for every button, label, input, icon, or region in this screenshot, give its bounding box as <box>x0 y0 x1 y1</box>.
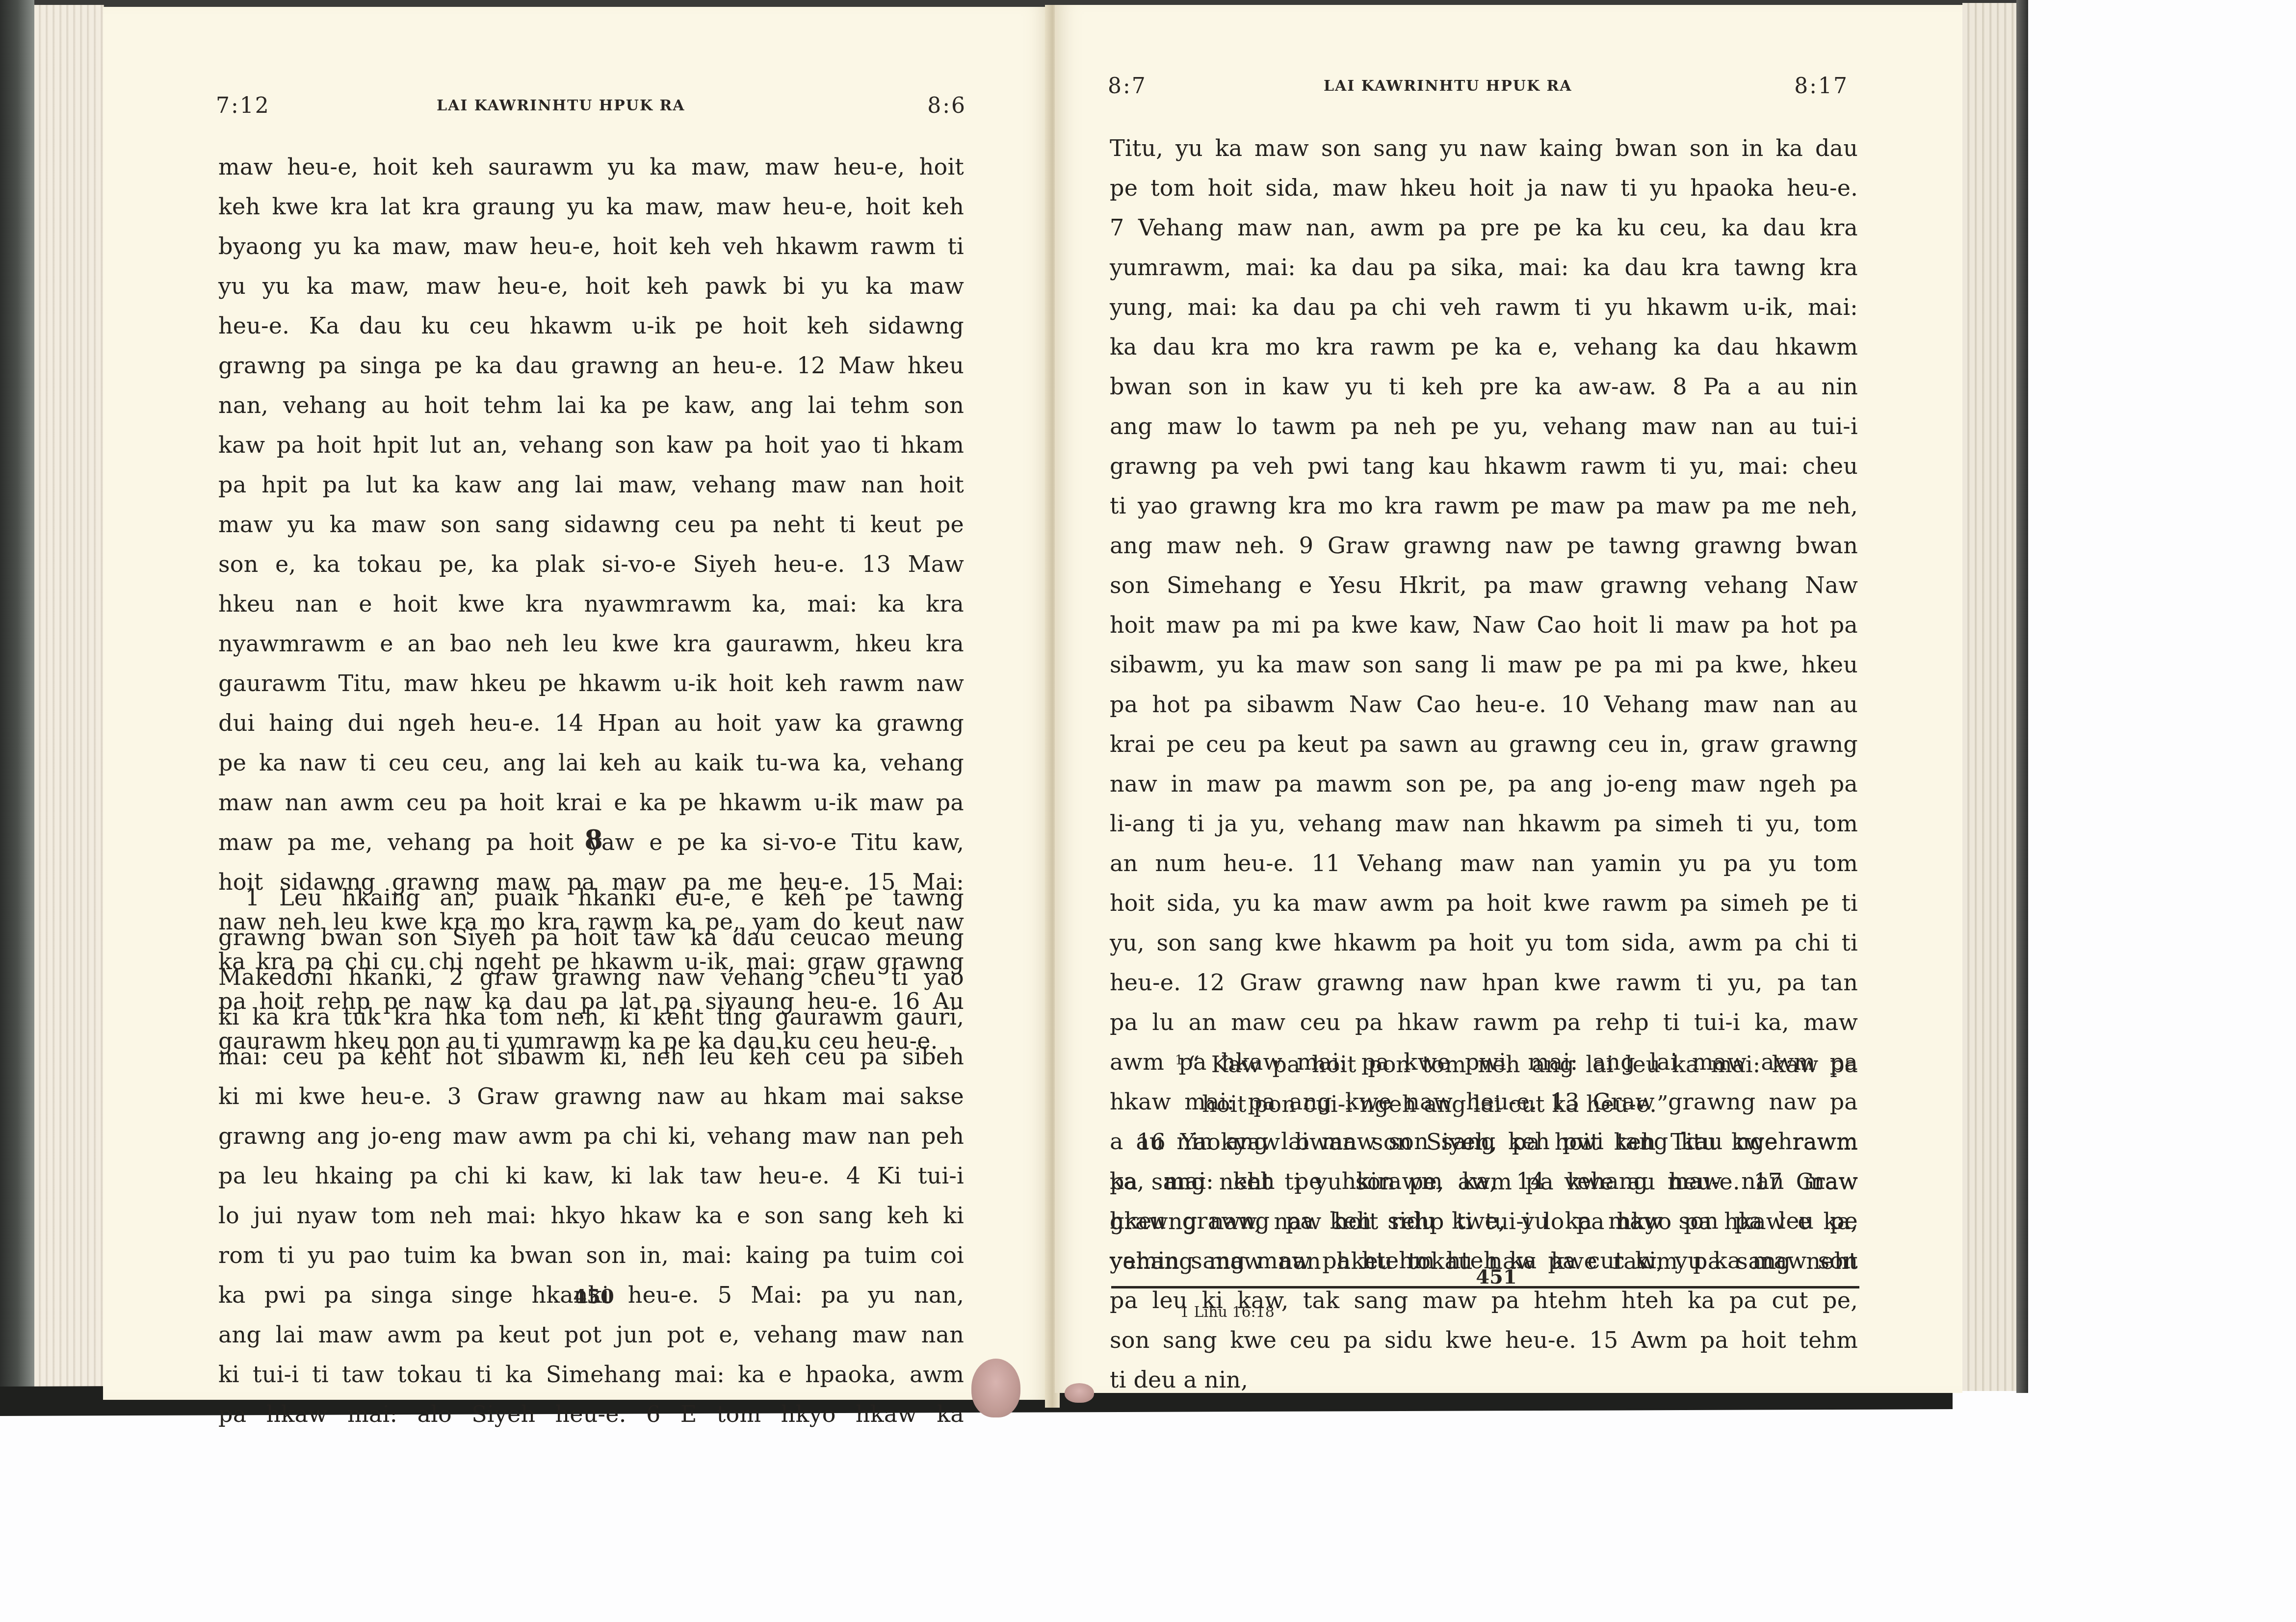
text-line: hoit maw pa mi pa kwe kaw, Naw Cao hoit … <box>1110 605 1858 645</box>
text-line: ang maw lo tawm pa neh pe yu, vehang maw… <box>1110 407 1858 446</box>
text-line: ti yao grawng kra mo kra rawm pe maw pa … <box>1110 486 1858 526</box>
text-line: ang maw neh. 9 Graw grawng naw pe tawng … <box>1110 526 1858 566</box>
text-line: an num heu-e. 11 Vehang maw nan yamin yu… <box>1110 844 1858 883</box>
text-line: ka dau kra mo kra rawm pe ka e, vehang k… <box>1110 327 1858 367</box>
text-line: ti deu a nin, <box>1110 1360 1858 1400</box>
scripture-quote: 1“ Kaw pa hoit pon tom neh ang lai leu k… <box>1175 1041 1858 1124</box>
text-line: nyawmrawm e an bao neh leu kwe kra gaura… <box>218 624 964 664</box>
right-after-quote-text: 16 Yaokyaw bwan son Siyeh, pa hoit keh T… <box>1110 1122 1858 1281</box>
left-running-head: 7:12 LAI KAWRINHTU HPUK RA 8:6 <box>216 93 966 123</box>
text-line: 16 Yaokyaw bwan son Siyeh, pa hoit keh T… <box>1110 1122 1858 1162</box>
text-line: yumrawm, mai: ka dau pa sika, mai: ka da… <box>1110 248 1858 287</box>
text-line: son sang kwe ceu pa sidu kwe heu-e. 15 A… <box>1110 1320 1858 1360</box>
text-line: heu-e. 12 Graw grawng naw hpan kwe rawm … <box>1110 963 1858 1003</box>
quote-line-1: 1“ Kaw pa hoit pon tom neh ang lai leu k… <box>1175 1041 1858 1084</box>
text-line: kaw pa hoit hpit lut an, vehang son kaw … <box>218 425 964 465</box>
text-line: grawng pa veh pwi tang kau hkawm rawm ti… <box>1110 446 1858 486</box>
text-line: hoit sida, yu ka maw awm pa hoit kwe raw… <box>1110 883 1858 923</box>
text-line: naw in maw pa mawm son pe, pa ang jo-eng… <box>1110 764 1858 804</box>
text-line: yung, mai: ka dau pa chi veh rawm ti yu … <box>1110 287 1858 327</box>
left-running-title: LAI KAWRINHTU HPUK RA <box>437 97 685 114</box>
chapter-number: 8 <box>569 824 618 855</box>
text-line: son Simehang e Yesu Hkrit, pa maw grawng… <box>1110 566 1858 605</box>
text-line: pa sang neht ti yu son pe, awm pa kwe au… <box>1110 1162 1858 1202</box>
text-line: maw heu-e, hoit keh saurawm yu ka maw, m… <box>218 147 964 187</box>
book-cover-right <box>2016 0 2028 1393</box>
text-line: ki ka kra tuk kra hka tom neh, ki keht t… <box>218 997 964 1037</box>
right-running-title: LAI KAWRINHTU HPUK RA <box>1324 77 1572 95</box>
text-line: gaurawm Titu, maw hkeu pe hkawm u-ik hoi… <box>218 664 964 703</box>
right-ref-start: 8:7 <box>1108 74 1147 99</box>
text-line: Makedoni hkanki, 2 graw grawng naw vehan… <box>218 957 964 997</box>
text-line: keh kwe kra lat kra graung yu ka maw, ma… <box>218 187 964 227</box>
text-line: grawng ang jo-eng maw awm pa chi ki, veh… <box>218 1116 964 1156</box>
text-line: Titu, yu ka maw son sang yu naw kaing bw… <box>1110 129 1858 168</box>
text-line: nan, vehang au hoit tehm lai ka pe kaw, … <box>218 386 964 425</box>
fingertip <box>1065 1383 1094 1403</box>
text-line: mai: ceu pa keht hot sibawm ki, neh leu … <box>218 1037 964 1077</box>
left-ref-end: 8:6 <box>927 93 966 118</box>
text-line: ki tui-i ti taw tokau ti ka Simehang mai… <box>218 1355 964 1394</box>
text-line: maw nan awm ceu pa hoit krai e ka pe hka… <box>218 783 964 823</box>
text-line: pa hot pa sibawm Naw Cao heu-e. 10 Vehan… <box>1110 685 1858 724</box>
text-line: pe ka naw ti ceu ceu, ang lai keh au kai… <box>218 743 964 783</box>
text-line: heu-e. Ka dau ku ceu hkawm u-ik pe hoit … <box>218 306 964 346</box>
page-edges-left <box>34 5 104 1403</box>
footnote: 1 Lihu 16:18 <box>1180 1304 1275 1321</box>
chapter-8-text: 1 Leu hkaing an, puaik hkanki eu-e, e ke… <box>218 878 964 1434</box>
text-line: pa lu an maw ceu pa hkaw rawm pa rehp ti… <box>1110 1003 1858 1042</box>
text-line: byaong yu ka maw, maw heu-e, hoit keh ve… <box>218 227 964 266</box>
text-line: son e, ka tokau pe, ka plak si-vo-e Siye… <box>218 544 964 584</box>
text-line: pa leu hkaing pa chi ki kaw, ki lak taw … <box>218 1156 964 1196</box>
text-line: pa hpit pa lut ka kaw ang lai maw, vehan… <box>218 465 964 505</box>
text-line: maw yu ka maw son sang sidawng ceu pa ne… <box>218 505 964 544</box>
book-cover-left <box>0 0 34 1403</box>
right-running-head: 8:7 LAI KAWRINHTU HPUK RA 8:17 <box>1108 74 1849 103</box>
text-line: ki mi kwe heu-e. 3 Graw grawng naw au hk… <box>218 1077 964 1116</box>
text-line: bwan son in kaw yu ti keh pre ka aw-aw. … <box>1110 367 1858 407</box>
quote-line-2: hoit pon cui-i ngeh ang lai cut ka heu-e… <box>1175 1084 1858 1124</box>
text-line: grawng naw, naw hoit rehp ti tui-i lo pa… <box>1110 1202 1858 1241</box>
text-line: yu yu ka maw, maw heu-e, hoit keh pawk b… <box>218 266 964 306</box>
text-line: 7 Vehang maw nan, awm pa pre pe ka ku ce… <box>1110 208 1858 248</box>
text-line: dui haing dui ngeh heu-e. 14 Hpan au hoi… <box>218 703 964 743</box>
thumb <box>971 1359 1020 1417</box>
text-line: pa hkaw mai: alo Siyeh heu-e. 6 E tom hk… <box>218 1394 964 1434</box>
text-line: grawng bwan son Siyeh pa hoit taw ka dau… <box>218 918 964 957</box>
page-edges-right <box>1962 3 2021 1391</box>
text-line: krai pe ceu pa keut pa sawn au grawng ce… <box>1110 724 1858 764</box>
text-line: li-ang ti ja yu, vehang maw nan hkawm pa… <box>1110 804 1858 844</box>
text-line: 1 Leu hkaing an, puaik hkanki eu-e, e ke… <box>218 878 964 918</box>
right-ref-end: 8:17 <box>1794 74 1849 99</box>
text-line: ang lai maw awm pa keut pot jun pot e, v… <box>218 1315 964 1355</box>
text-line: rom ti yu pao tuim ka bwan son in, mai: … <box>218 1236 964 1275</box>
left-page-number: 450 <box>554 1285 633 1308</box>
right-page-number: 451 <box>1457 1265 1536 1288</box>
left-ref-start: 7:12 <box>216 93 270 118</box>
text-line: sibawm, yu ka maw son sang li maw pe pa … <box>1110 645 1858 685</box>
text-line: grawng pa singa pe ka dau grawng an heu-… <box>218 346 964 386</box>
text-line: hkeu nan e hoit kwe kra nyawmrawm ka, ma… <box>218 584 964 624</box>
footnote-marker: 1 <box>1175 1053 1183 1068</box>
text-line: yu, son sang kwe hkawm pa hoit yu tom si… <box>1110 923 1858 963</box>
text-line: pe tom hoit sida, maw hkeu hoit ja naw t… <box>1110 168 1858 208</box>
text-line: lo jui nyaw tom neh mai: hkyo hkaw ka e … <box>218 1196 964 1236</box>
